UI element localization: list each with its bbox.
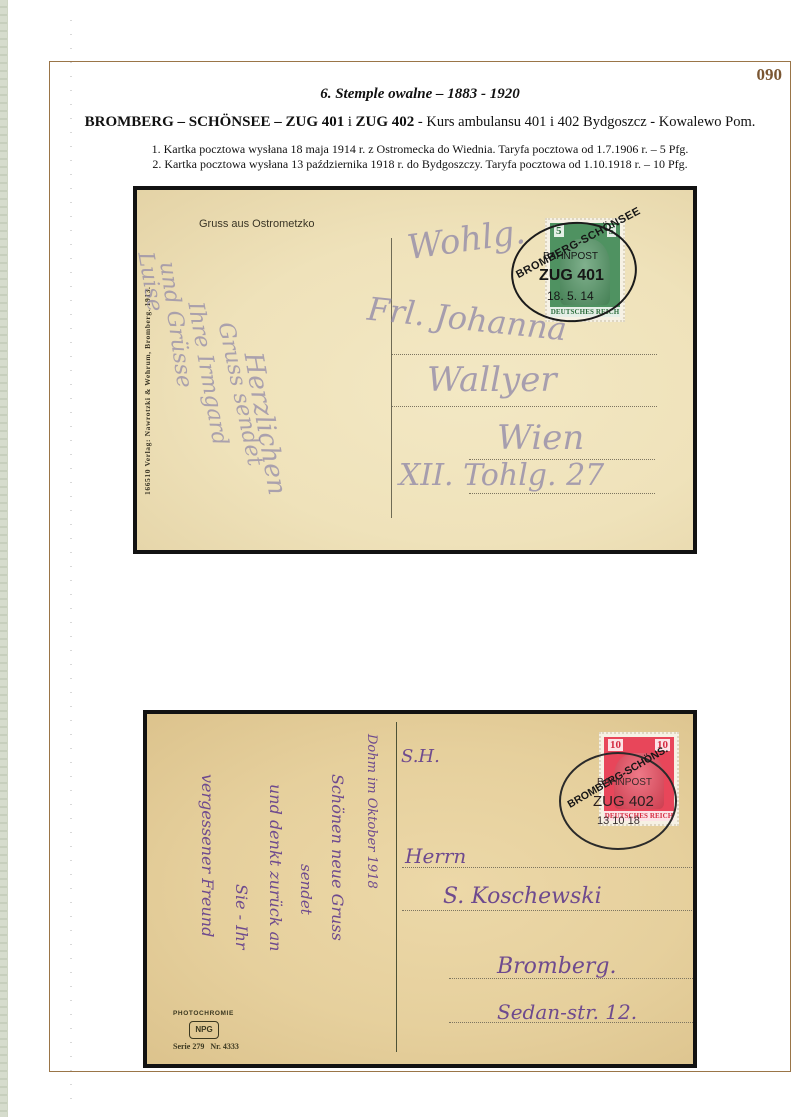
address-line-5: XII. Tohlg. 27	[399, 458, 604, 493]
publisher-logo: NPG	[189, 1021, 219, 1039]
message-line-4: und denkt zurück an	[266, 784, 285, 951]
postcard-1: Gruss aus Ostrometzko 166510 Verlag: Naw…	[133, 186, 697, 554]
notes: 1. Kartka pocztowa wysłana 18 maja 1914 …	[50, 142, 790, 172]
postmark-line2: ZUG 402	[593, 794, 654, 809]
postmark-date: 13 10 18	[597, 816, 640, 827]
address-line	[402, 910, 692, 911]
address-line-3: Wallyer	[427, 360, 557, 400]
note-2: 2. Kartka pocztowa wysłana 13 październi…	[50, 157, 790, 172]
address-line-2: S. Koschewski	[443, 884, 602, 909]
publisher-brand: PHOTOCHROMIE	[173, 1010, 234, 1017]
message-line-5: Sie - Ihr	[232, 884, 251, 949]
stamp-value-left: 10	[608, 739, 623, 751]
message-line-1: Dohm im Oktober 1918	[364, 734, 379, 889]
postmark-line2: ZUG 401	[539, 268, 604, 284]
route-title-bold: BROMBERG – SCHÖNSEE – ZUG 401	[85, 114, 345, 130]
binder-strip	[0, 0, 8, 1117]
postcard-2: 10 10 DEUTSCHES REICH BROMBERG-SCHÖNS. B…	[143, 710, 697, 1068]
address-line-4: Sedan-str. 12.	[497, 1000, 637, 1024]
route-title-rest: - Kurs ambulansu 401 i 402 Bydgoszcz - K…	[414, 114, 755, 130]
postmark-line1: BAHNPOST	[543, 252, 598, 262]
message-line-2: Schönen neue Gruss	[328, 774, 347, 941]
route-title-bold2: ZUG 402	[356, 114, 415, 130]
section-title: 6. Stemple owalne – 1883 - 1920	[50, 86, 790, 103]
publisher-imprint: 166510 Verlag: Nawrotzki & Wehrum, Bromb…	[143, 286, 152, 495]
postmark-line1: BAHNPOST	[597, 778, 652, 788]
postcard-caption: Gruss aus Ostrometzko	[199, 218, 315, 230]
page-number: 090	[757, 65, 783, 85]
postcard-1-surface: Gruss aus Ostrometzko 166510 Verlag: Naw…	[137, 190, 693, 550]
card-divider	[391, 238, 392, 518]
route-title-mid: i	[344, 114, 355, 130]
series-number: Serie 279 Nr. 4333	[173, 1042, 239, 1051]
note-1: 1. Kartka pocztowa wysłana 18 maja 1914 …	[50, 142, 790, 157]
postmark-date: 18. 5. 14	[547, 290, 594, 302]
address-line-1: Herrn	[405, 844, 466, 868]
route-title: BROMBERG – SCHÖNSEE – ZUG 401 i ZUG 402 …	[50, 114, 790, 131]
card-divider	[396, 722, 397, 1052]
address-line	[469, 493, 655, 494]
address-line-1: Wohlg.	[405, 212, 528, 268]
message-line-6: vergessener Freund	[198, 774, 217, 937]
address-line-4: Wien	[497, 418, 584, 458]
postcard-2-surface: 10 10 DEUTSCHES REICH BROMBERG-SCHÖNS. B…	[147, 714, 693, 1064]
address-line	[392, 354, 657, 355]
message-line-3: sendet	[297, 864, 315, 915]
address-line-3: Bromberg.	[497, 954, 617, 979]
sender-note: S.H.	[401, 746, 440, 767]
address-line	[392, 406, 657, 407]
